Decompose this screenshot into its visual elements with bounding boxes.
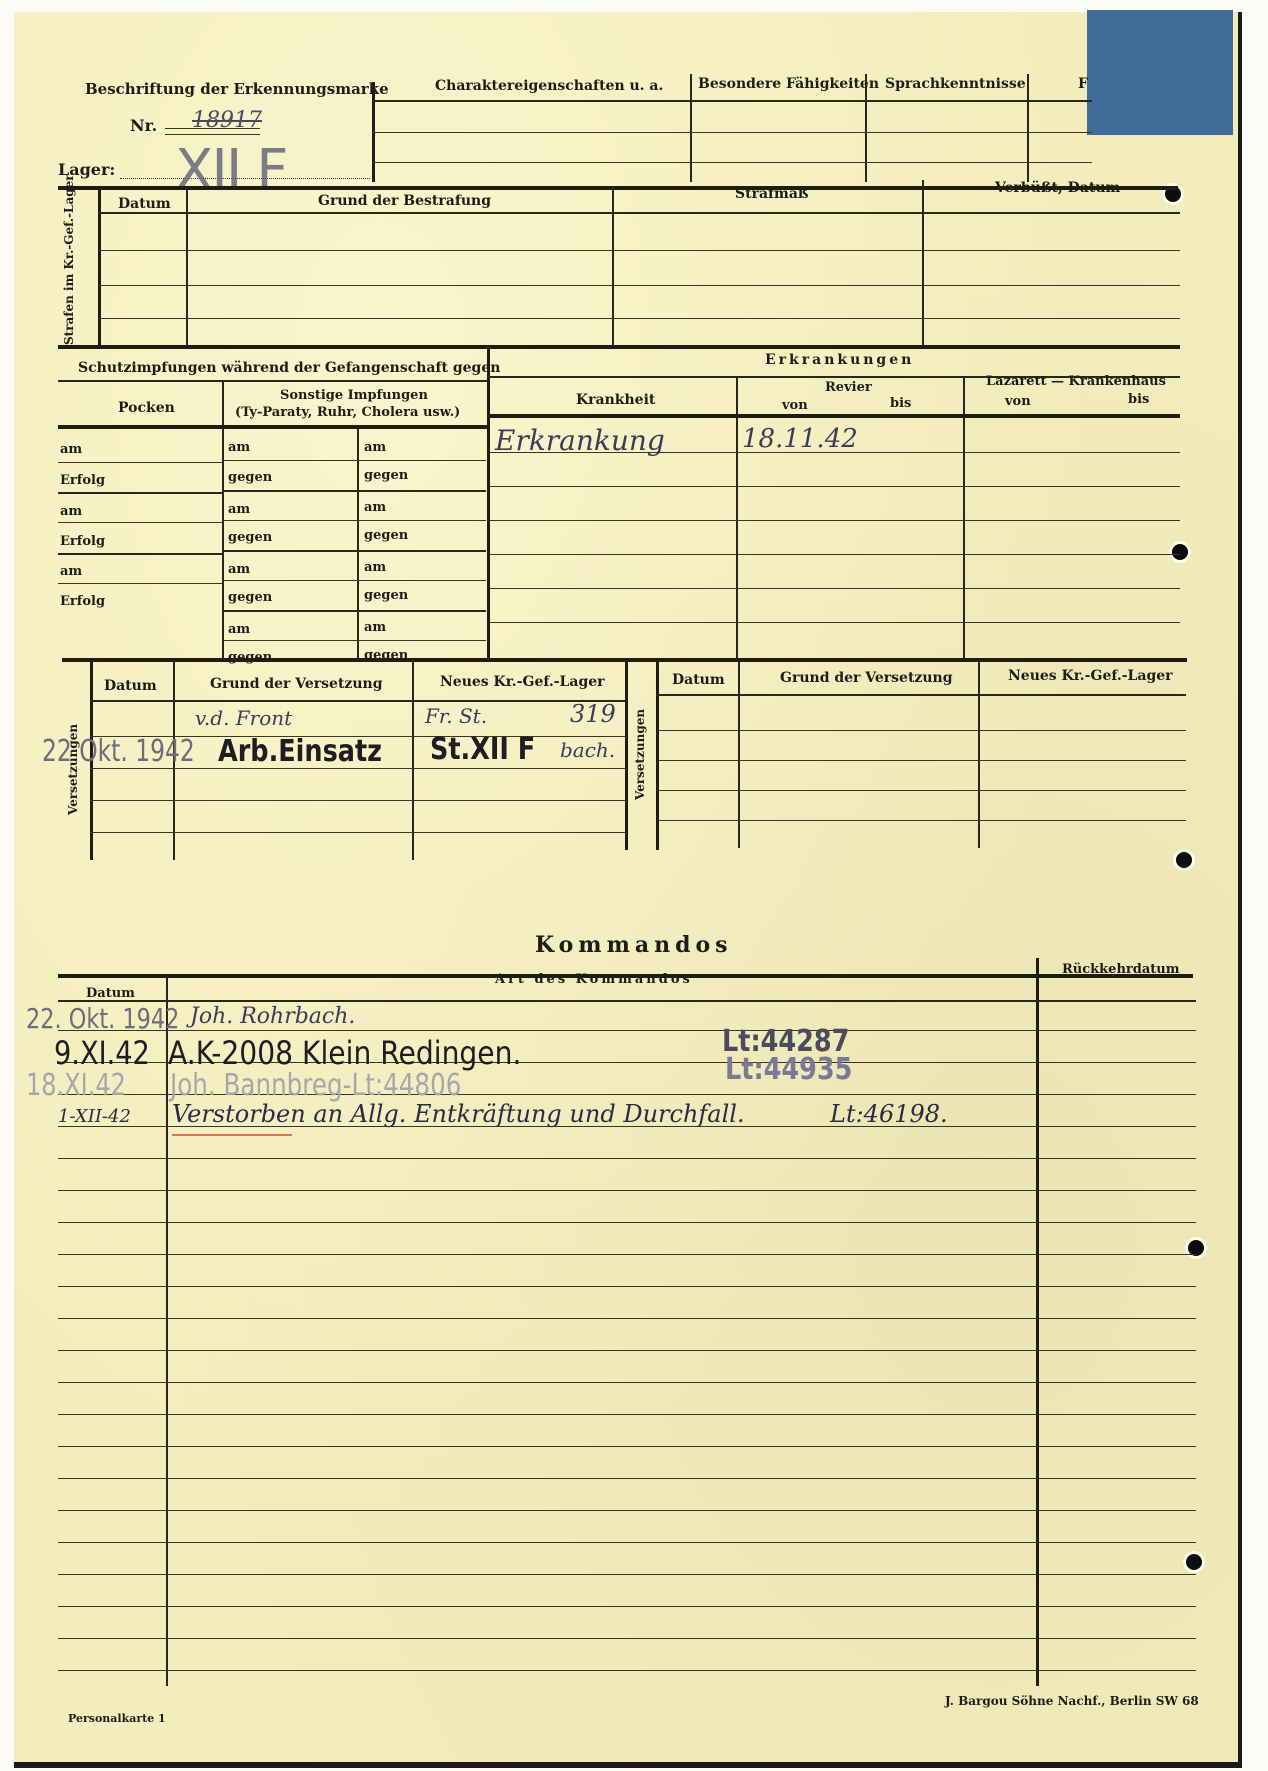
personalkarte-document	[14, 12, 1242, 1768]
sonstige-row-b: am	[364, 620, 386, 635]
vers-datum-stamp: 22 Okt. 1942	[42, 734, 195, 769]
kommando-row-1-art: Joh. Rohrbach.	[190, 1004, 355, 1029]
strafen-col-verbuesst: Verbüßt, Datum	[995, 180, 1120, 196]
col-besondere-faehigkeiten: Besondere Fähigkeiten	[698, 76, 879, 92]
pocken-row: Erfolg	[60, 473, 105, 488]
nr-value: 18917	[192, 108, 262, 133]
col-charaktereigenschaften: Charaktereigenschaften u. a.	[435, 78, 663, 94]
pocken-row: am	[60, 504, 82, 519]
footer-printer: J. Bargou Söhne Nachf., Berlin SW 68	[945, 1694, 1199, 1708]
sonstige-row-b: gegen	[364, 468, 408, 483]
sonstige-row-b: gegen	[364, 528, 408, 543]
strafen-col-strafmass: Strafmaß	[735, 186, 809, 202]
punch-hole-icon	[1186, 1554, 1202, 1570]
pocken-row: am	[60, 564, 82, 579]
kommando-row-3-art: Joh. Bannbreg-Lt:44806	[170, 1068, 461, 1103]
lazarett-label: Lazarett — Krankenhaus	[986, 374, 1166, 389]
sonstige-row-a: gegen	[228, 590, 272, 605]
pocken-label: Pocken	[118, 400, 175, 416]
sonstige-row-a: am	[228, 562, 250, 577]
kommandos-col-rueckkehr: Rückkehrdatum	[1062, 962, 1179, 977]
kommando-row-2-art: A.K-2008 Klein Redingen.	[168, 1034, 521, 1072]
schutzimpfungen-title: Schutzimpfungen während der Gefangenscha…	[78, 360, 500, 376]
sonstige-row-b: am	[364, 440, 386, 455]
sonstige-row-a: am	[228, 440, 250, 455]
blue-index-tab	[1087, 10, 1233, 135]
sonstige-sub: (Ty-Paraty, Ruhr, Cholera usw.)	[235, 405, 460, 420]
col-sprachkenntnisse: Sprachkenntnisse	[885, 76, 1026, 92]
kommando-row-3-extra: Lt:44935	[725, 1052, 852, 1087]
pocken-row: Erfolg	[60, 534, 105, 549]
vers-left-col-datum: Datum	[104, 678, 157, 694]
strafen-col-grund: Grund der Bestrafung	[318, 193, 491, 209]
pocken-row: Erfolg	[60, 594, 105, 609]
revier-bis: bis	[890, 396, 911, 411]
kommandos-col-datum: Datum	[86, 986, 135, 1001]
krankheit-label: Krankheit	[576, 392, 655, 408]
kommando-row-4-extra: Lt:46198.	[830, 1100, 948, 1128]
sonstige-row-b: am	[364, 560, 386, 575]
lazarett-bis: bis	[1128, 392, 1149, 407]
erkennungsmarke-label: Beschriftung der Erkennungsmarke	[85, 80, 389, 98]
vers-lager-hand-top: Fr. St.	[425, 704, 487, 728]
revier-label: Revier	[825, 380, 872, 395]
erkrankungen-title: Erkrankungen	[765, 352, 914, 368]
lager-stamp: XII F	[175, 138, 286, 203]
revier-von-entry: 18.11.42	[742, 424, 858, 454]
sonstige-row-a: am	[228, 502, 250, 517]
pocken-row: am	[60, 442, 82, 457]
nr-label: Nr.	[130, 116, 157, 135]
footer-form-id: Personalkarte 1	[68, 1712, 166, 1725]
vers-right-col-datum: Datum	[672, 672, 725, 688]
vers-grund-stamp: Arb.Einsatz	[218, 734, 382, 769]
sonstige-label: Sonstige Impfungen	[280, 388, 428, 403]
kommandos-col-art: Art des Kommandos	[495, 972, 693, 987]
col-f: F	[1078, 76, 1088, 92]
punch-hole-icon	[1176, 852, 1192, 868]
punch-hole-icon	[1172, 544, 1188, 560]
vers-right-col-grund: Grund der Versetzung	[780, 670, 953, 686]
vers-grund-hand: v.d. Front	[195, 706, 292, 730]
kommando-row-3-datum: 18.XI.42	[26, 1068, 126, 1103]
vers-right-col-lager: Neues Kr.-Gef.-Lager	[1008, 668, 1173, 684]
sonstige-row-a: gegen	[228, 530, 272, 545]
sonstige-row-a: gegen	[228, 470, 272, 485]
vers-left-col-lager: Neues Kr.-Gef.-Lager	[440, 674, 605, 690]
sonstige-row-a: am	[228, 622, 250, 637]
vers-left-col-grund: Grund der Versetzung	[210, 676, 383, 692]
red-underline	[172, 1134, 292, 1136]
sonstige-row-b: gegen	[364, 588, 408, 603]
lazarett-von: von	[1005, 394, 1031, 409]
kommandos-title: Kommandos	[535, 932, 733, 958]
vers-lager-hand-bottom: bach.	[560, 738, 615, 762]
kommando-row-4-art: Verstorben an Allg. Entkräftung und Durc…	[172, 1100, 745, 1128]
sonstige-row-b: am	[364, 500, 386, 515]
kommando-row-1-datum: 22. Okt. 1942	[26, 1002, 179, 1035]
kommando-row-2-datum: 9.XI.42	[54, 1034, 150, 1072]
kommando-row-4-datum: 1-XII-42	[58, 1106, 131, 1127]
versetzungen-right-side-label: Versetzungen	[633, 709, 647, 800]
vers-lager-stamp: St.XII F	[430, 732, 535, 767]
strafen-side-label: Strafen im Kr.-Gef.-Lager	[62, 195, 76, 345]
revier-von: von	[782, 398, 808, 413]
vers-lager-hand-num: 319	[570, 700, 616, 728]
strafen-col-datum: Datum	[118, 196, 171, 212]
